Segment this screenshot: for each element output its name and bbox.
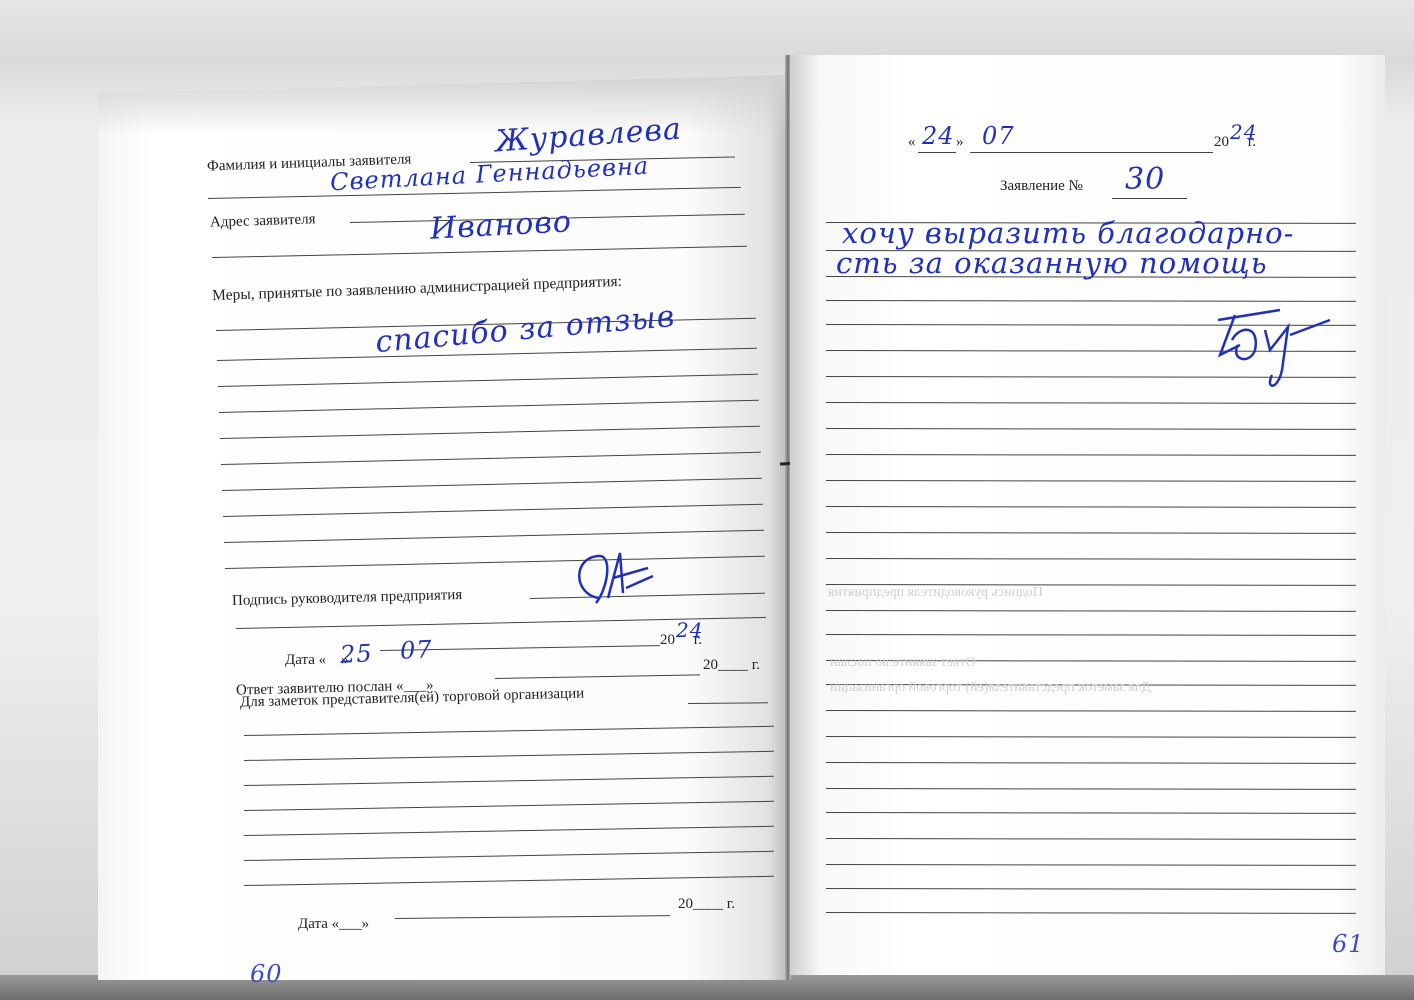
applicant-address-handwritten: Иваново [429,204,572,246]
applicant-signature-mark [1210,295,1340,395]
statement-label: Заявление № [1000,178,1083,195]
date-year-handwritten: 24 [676,618,703,642]
date-day-handwritten: 25 [339,639,373,669]
date-month-handwritten: 07 [399,635,433,665]
right-date-year-handwritten: 24 [1230,120,1257,144]
manager-signature-mark [568,548,668,608]
right-date-day-handwritten: 24 [922,122,955,150]
bleed-through-text: Для заметок представителя(ей) торговой о… [830,680,1151,696]
right-date-month-handwritten: 07 [982,122,1015,150]
bleed-through-text: Подпись руководителя предприятия [828,585,1043,601]
right-page [790,55,1385,975]
bottom-date-year: 20____ г. [678,896,735,913]
right-date-open-quote: « [908,134,916,151]
right-page-number: 61 [1332,930,1365,958]
statement-text-line1: хочу выразить благодарно- [842,216,1294,250]
bottom-date-label: Дата «___» [298,916,369,933]
statement-number-handwritten: 30 [1125,162,1165,197]
bleed-through-text: Ответ заявителю послан [830,655,976,671]
statement-text-line2: сть за оказанную помощь [836,246,1267,280]
right-date-close-quote: » [956,134,964,151]
applicant-address-label: Адрес заявителя [210,211,316,231]
left-page-number: 60 [250,960,283,988]
reply-sent-year: 20____ г. [703,657,760,674]
